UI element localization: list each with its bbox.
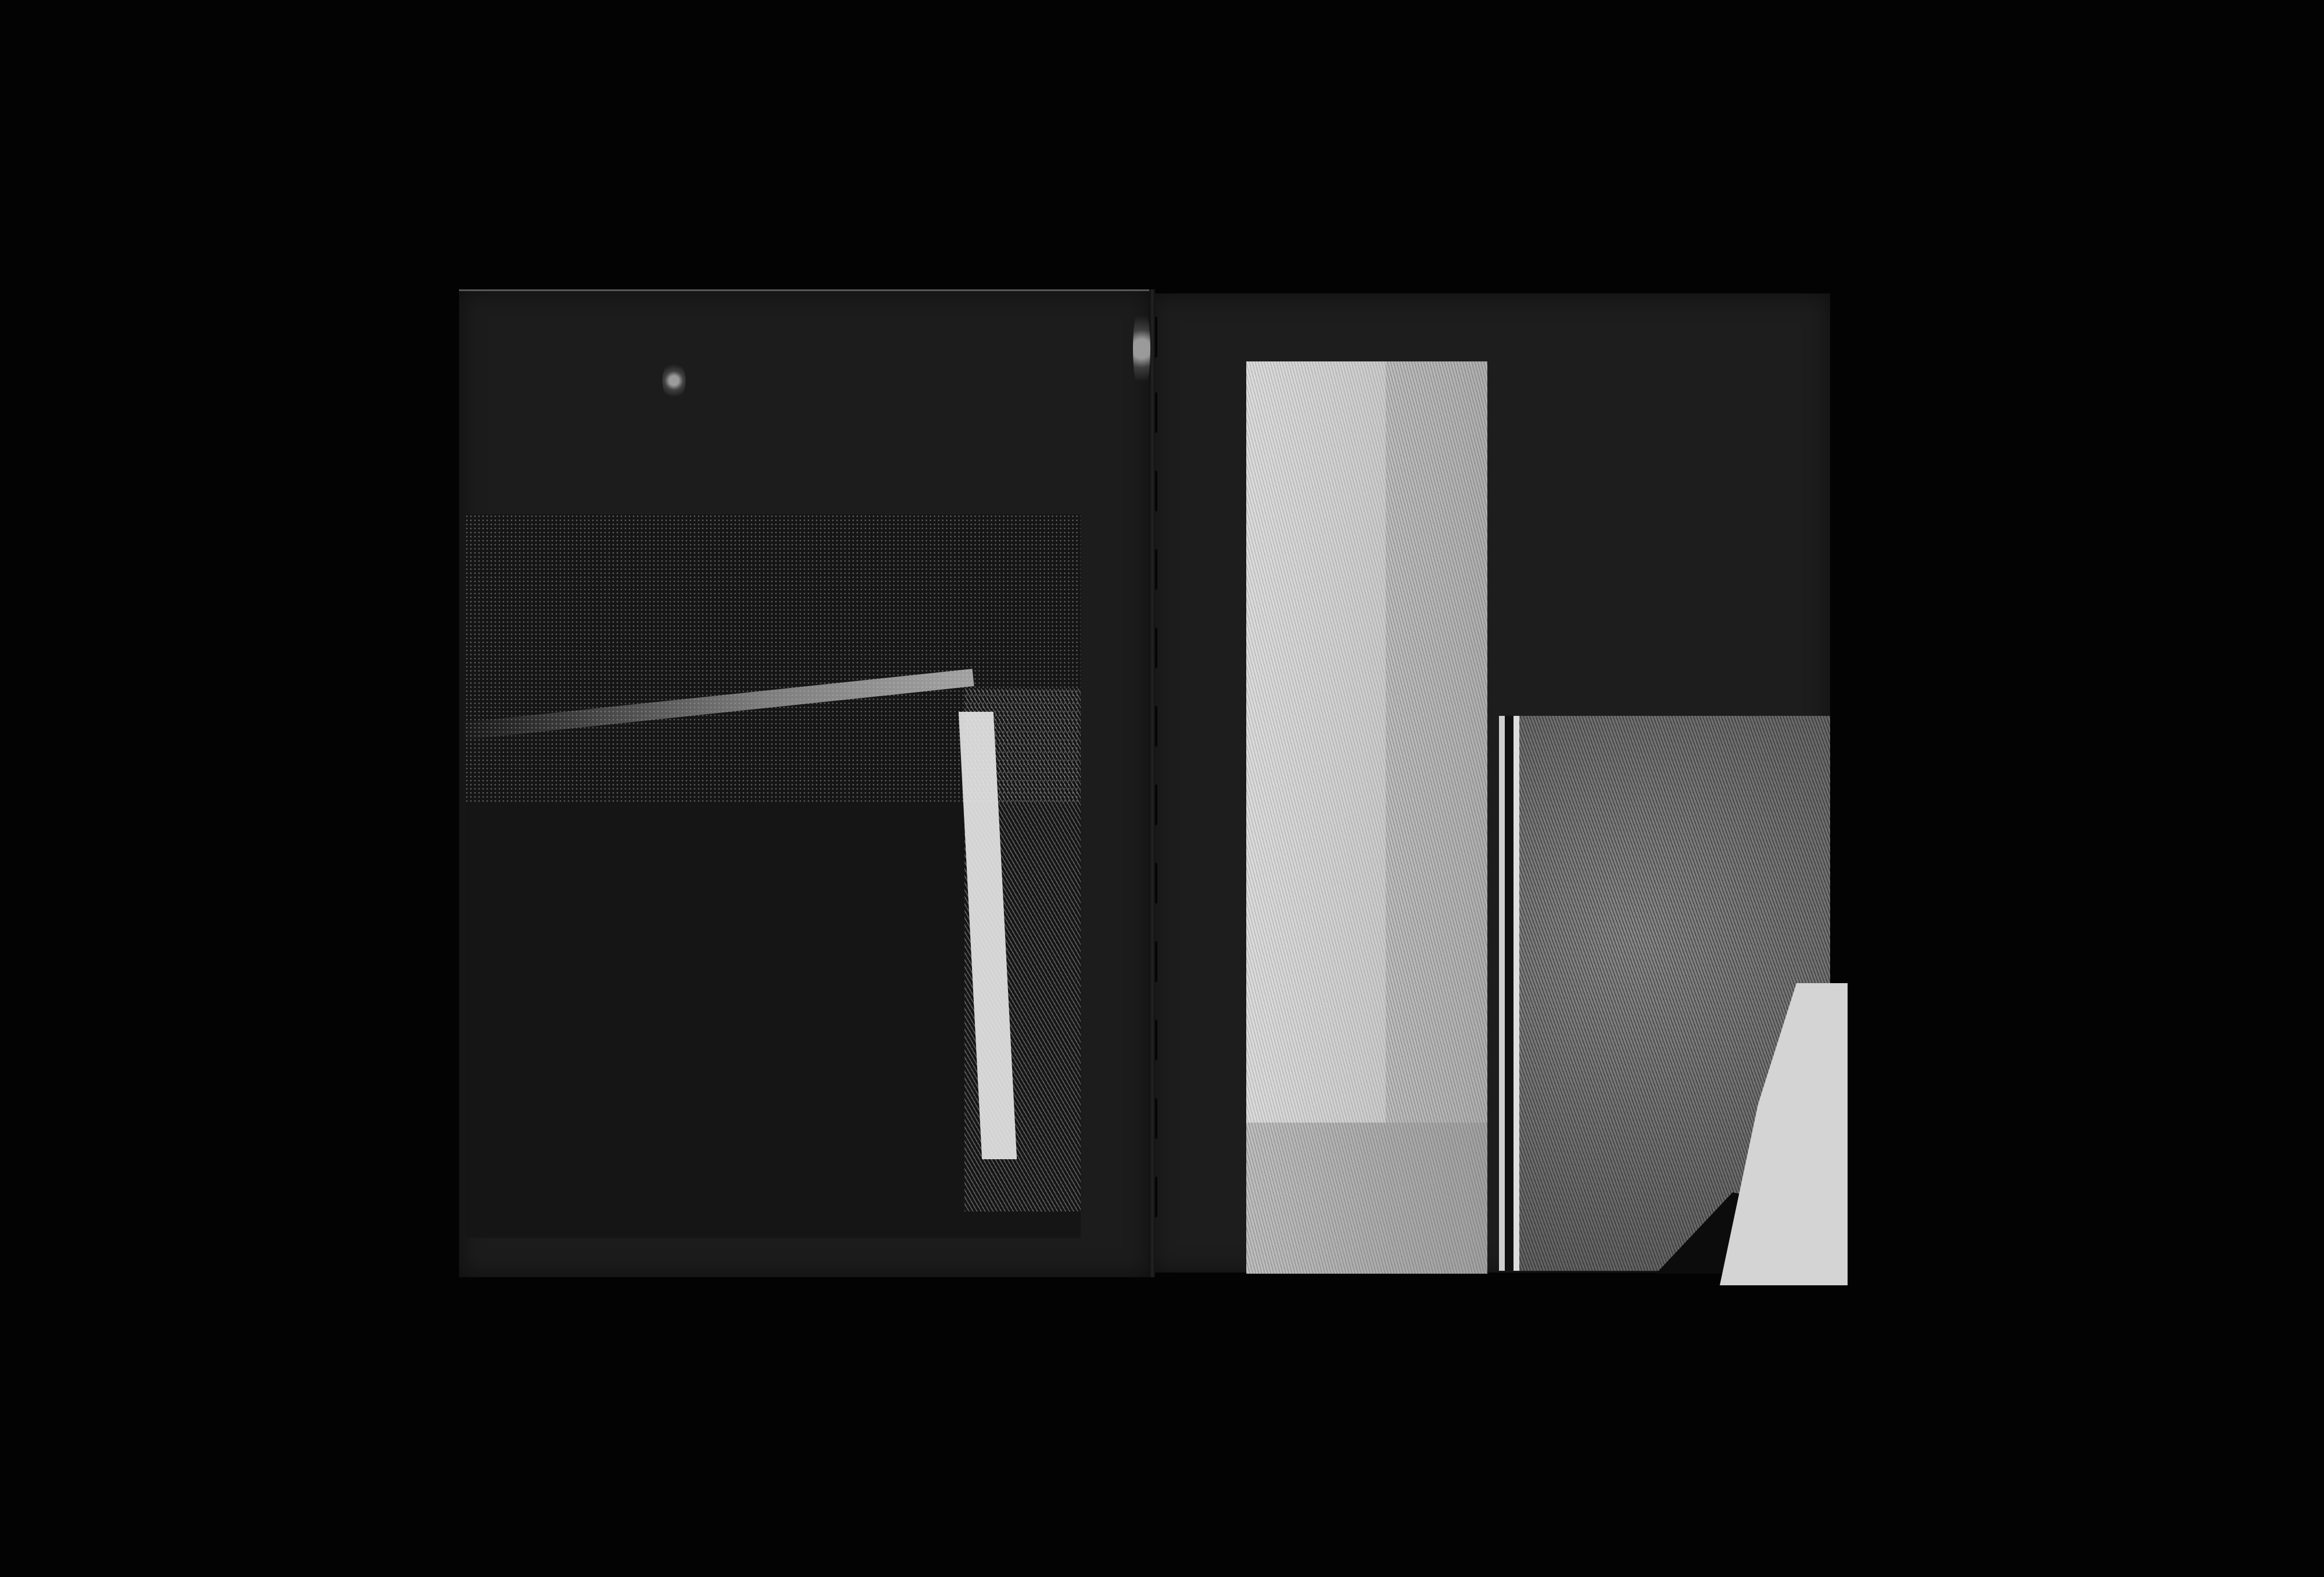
stitch-mark bbox=[1155, 1177, 1157, 1217]
stitch-mark bbox=[1155, 317, 1157, 357]
right-tall-panel-photo bbox=[1246, 361, 1487, 1274]
page-top-edge bbox=[459, 289, 1150, 291]
stitch-mark bbox=[1155, 628, 1157, 668]
ink-speck bbox=[662, 360, 686, 401]
right-wall-photo bbox=[1499, 716, 1830, 1271]
zine-spread bbox=[0, 0, 2324, 1577]
binding-gutter bbox=[1149, 289, 1155, 1277]
stitch-mark bbox=[1155, 941, 1157, 982]
stitch-mark bbox=[1155, 863, 1157, 904]
panel-highlight bbox=[1246, 361, 1386, 1123]
stitch-mark bbox=[1155, 784, 1157, 825]
stitch-mark bbox=[1155, 471, 1157, 511]
stitch-mark bbox=[1155, 549, 1157, 590]
stitch-mark bbox=[1155, 392, 1157, 433]
stitch-mark bbox=[1155, 1098, 1157, 1139]
stitch-mark bbox=[1155, 706, 1157, 747]
panel-bottom bbox=[1246, 1123, 1487, 1274]
chair-shape bbox=[1720, 983, 1848, 1285]
door-frame-lines bbox=[1499, 716, 1534, 1271]
ink-speck bbox=[1133, 302, 1150, 395]
left-halftone-photo bbox=[465, 514, 1081, 1238]
stitch-mark bbox=[1155, 1020, 1157, 1060]
